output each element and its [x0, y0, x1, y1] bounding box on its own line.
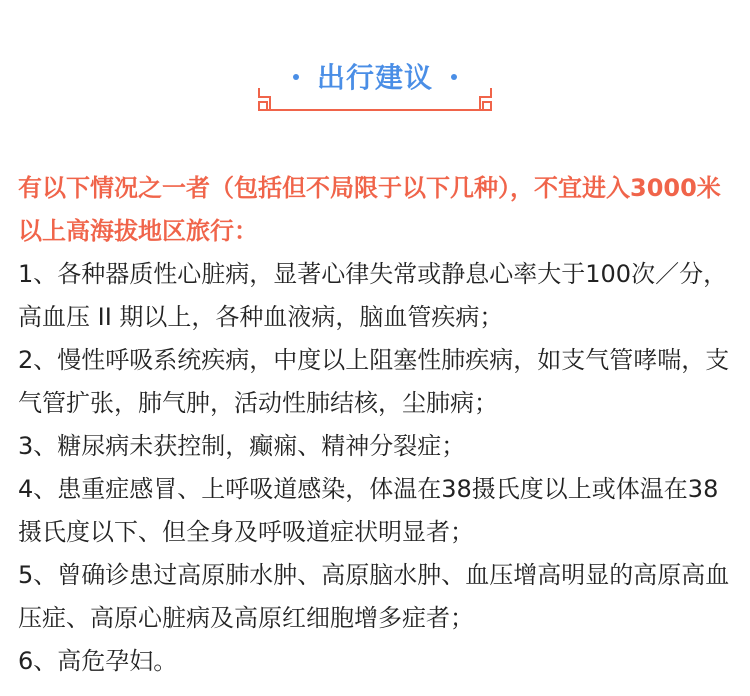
- condition-item-4: 4、患重症感冒、上呼吸道感染，体温在38摄氏度以上或体温在38摄氏度以下、但全身…: [18, 468, 738, 554]
- condition-item-6: 6、高危孕妇。: [18, 640, 738, 683]
- section-header: 出行建议: [0, 0, 750, 130]
- dot-icon: [451, 74, 457, 80]
- condition-item-2: 2、慢性呼吸系统疾病，中度以上阻塞性肺疾病，如支气管哮喘，支气管扩张，肺气肿，活…: [18, 339, 738, 425]
- condition-item-5: 5、曾确诊患过高原肺水肿、高原脑水肿、血压增高明显的高原高血压症、高原心脏病及高…: [18, 554, 738, 640]
- dot-icon: [293, 74, 299, 80]
- bracket-frame-icon: [258, 88, 492, 112]
- intro-warning: 有以下情况之一者（包括但不局限于以下几种），不宜进入3000米以上高海拔地区旅行…: [18, 167, 738, 253]
- travel-advice-content: 有以下情况之一者（包括但不局限于以下几种），不宜进入3000米以上高海拔地区旅行…: [18, 167, 738, 683]
- condition-item-3: 3、糖尿病未获控制，癫痫、精神分裂症；: [18, 425, 738, 468]
- condition-item-1: 1、各种器质性心脏病，显著心律失常或静息心率大于100次／分，高血压 II 期以…: [18, 253, 738, 339]
